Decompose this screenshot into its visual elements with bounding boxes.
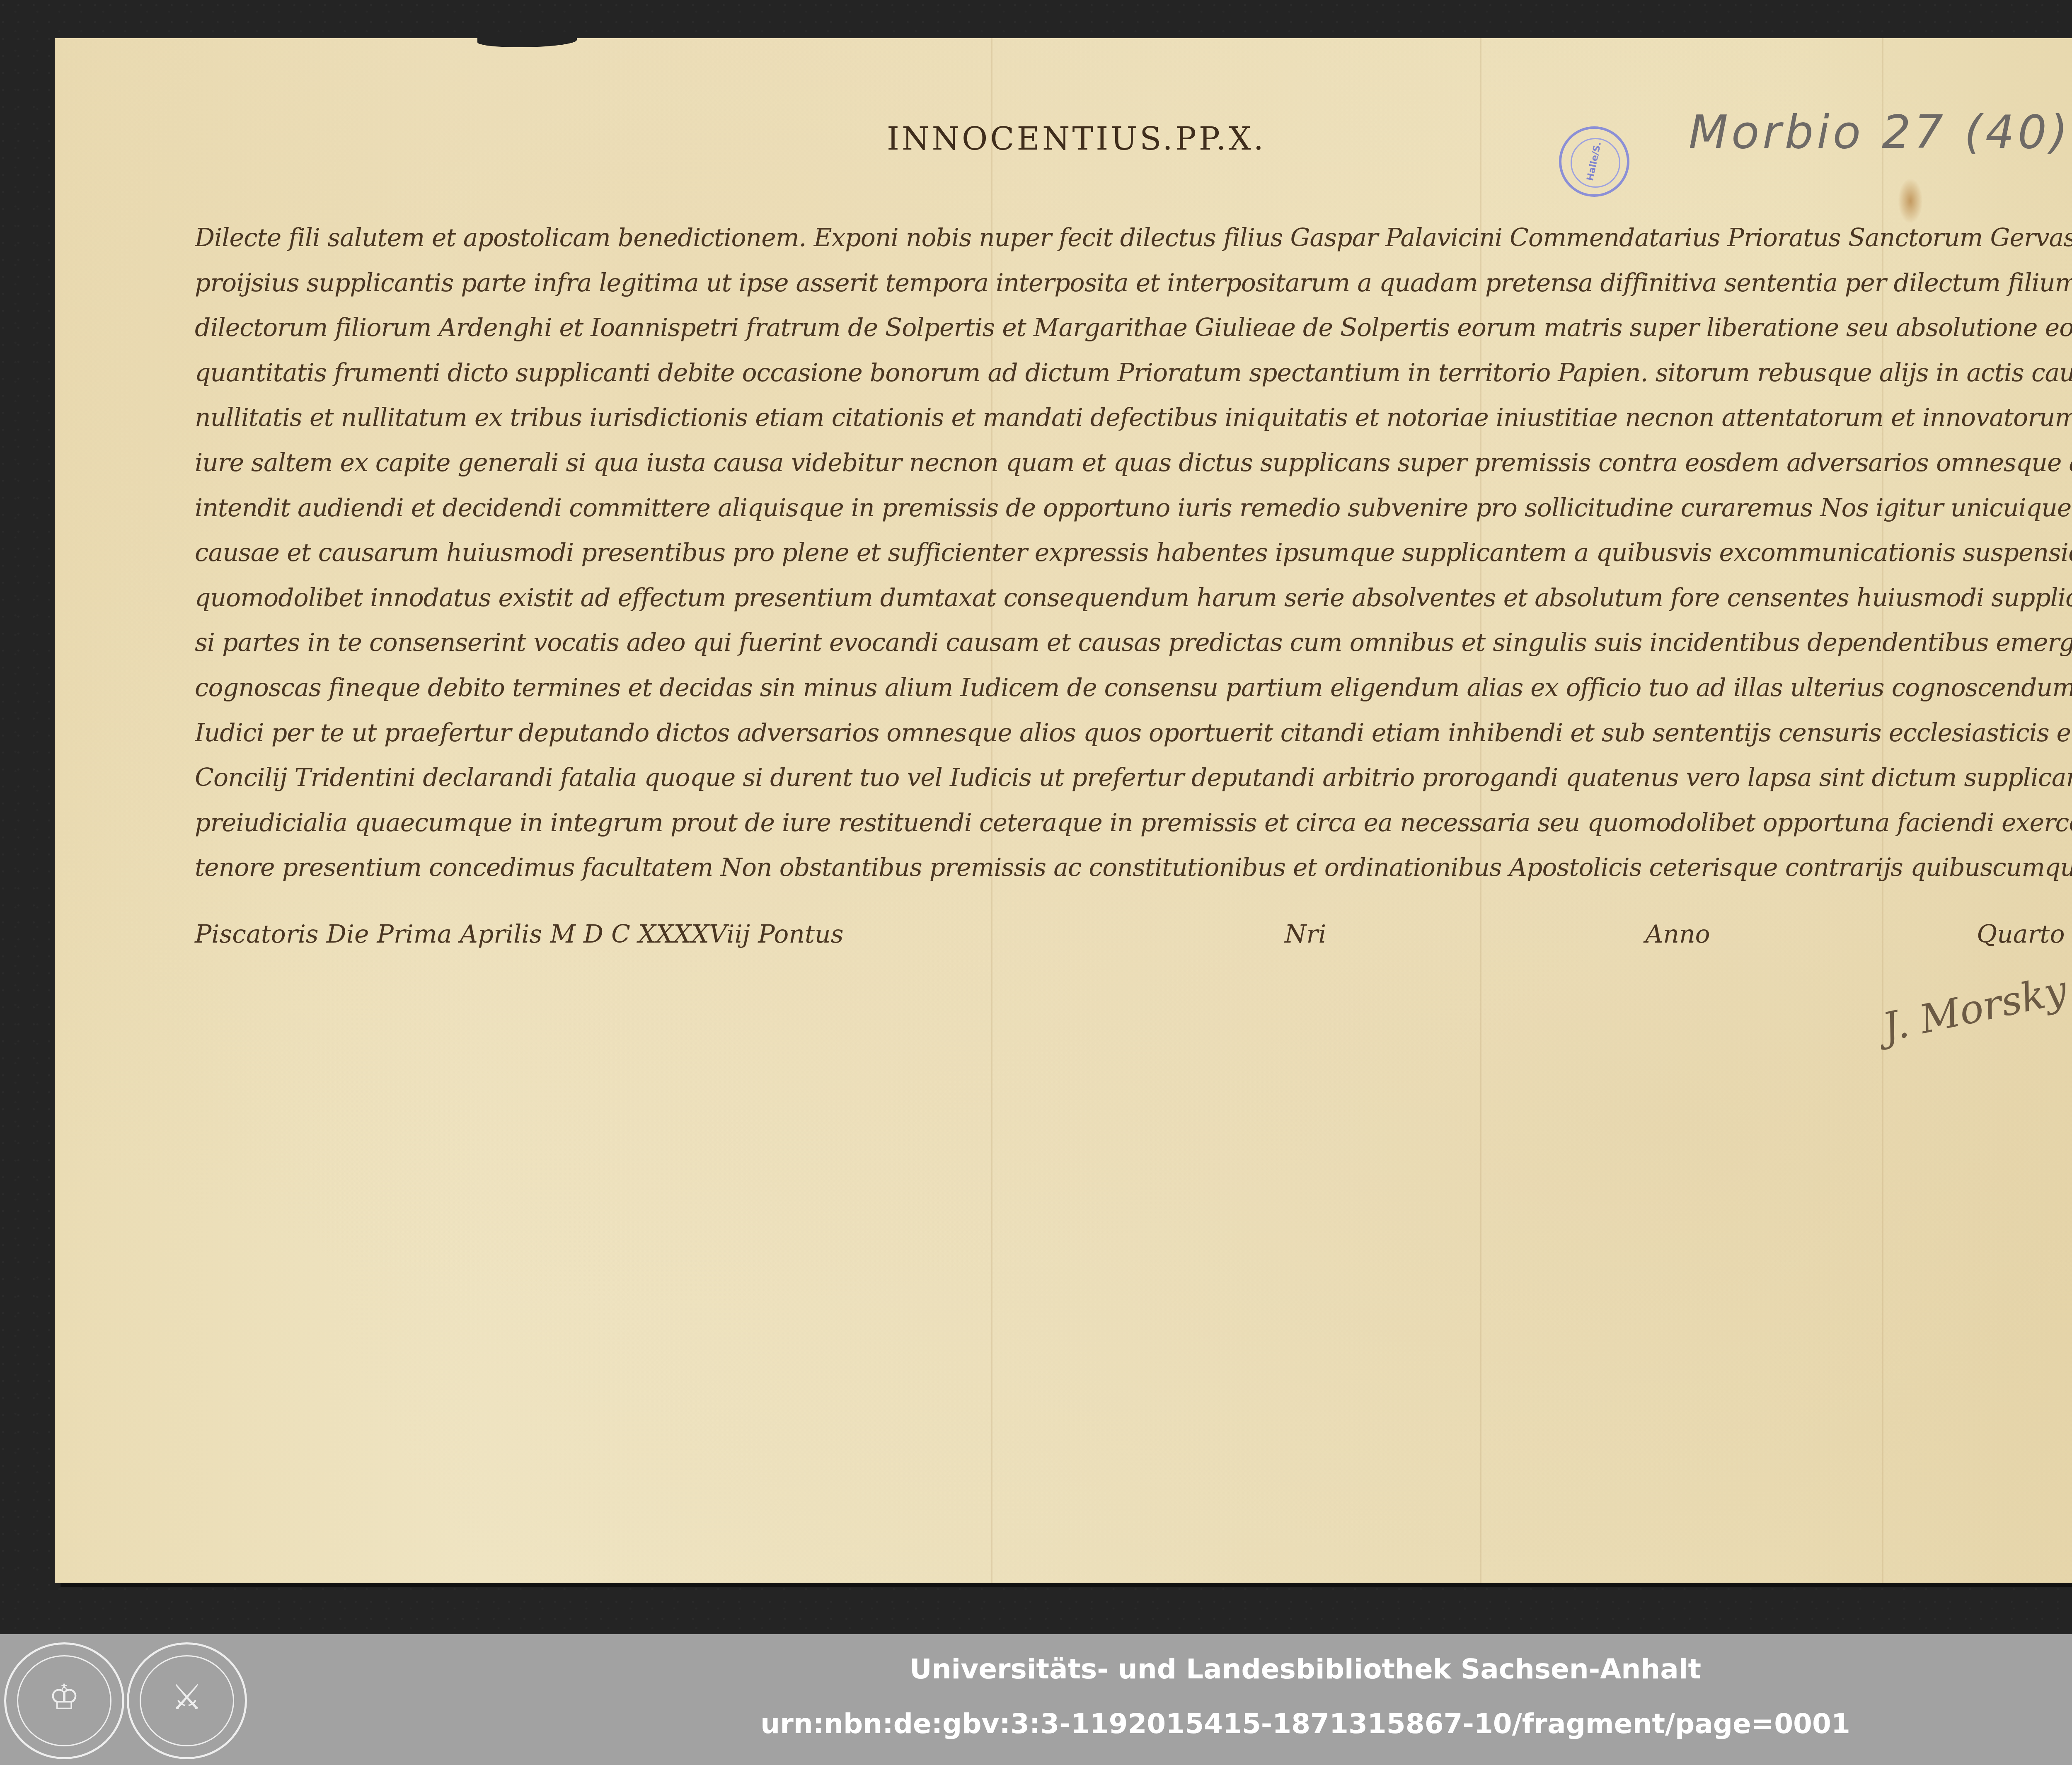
urn-identifier[interactable]: urn:nbn:de:gbv:3:3-1192015415-1871315867… — [0, 1708, 2072, 1740]
text-line: Dilecte fili salutem et apostolicam bene… — [195, 215, 2072, 261]
text-line: causae et causarum huiusmodi presentibus… — [195, 530, 2072, 575]
dating-clause: Piscatoris Die Prima Aprilis M D C XXXXV… — [195, 920, 2072, 965]
text-line: Iudici per te ut praefertur deputando di… — [195, 711, 2072, 756]
dating-anno: Anno — [1645, 920, 1710, 949]
text-line: quantitatis frumenti dicto supplicanti d… — [195, 351, 2072, 396]
footer-bar: ♔ ⚔ Universitäts- und Landesbibliothek S… — [0, 1634, 2072, 1765]
document-body: Dilecte fili salutem et apostolicam bene… — [195, 215, 2072, 890]
text-line: proijsius supplicantis parte infra legit… — [195, 261, 2072, 306]
dating-pontificate: Nri — [1285, 920, 1326, 949]
text-line: quomodolibet innodatus existit ad effect… — [195, 575, 2072, 621]
text-line: intendit audiendi et decidendi committer… — [195, 486, 2072, 531]
text-line: dilectorum filiorum Ardenghi et Ioannisp… — [195, 305, 2072, 351]
library-stamp-icon: Halle/S. — [1559, 126, 1629, 197]
shelfmark-annotation: Morbio 27 (40) — [1689, 106, 2071, 159]
text-line: Concilij Tridentini declarandi fatalia q… — [195, 755, 2072, 800]
document-heading: INNOCENTIUS.PP.X. — [887, 120, 1251, 157]
dating-year: Quarto .9. — [1977, 920, 2072, 949]
institution-name: Universitäts- und Landesbibliothek Sachs… — [0, 1653, 2072, 1685]
text-line: si partes in te consenserint vocatis ade… — [195, 620, 2072, 665]
text-line: preiudicialia quaecumque in integrum pro… — [195, 800, 2072, 846]
text-line: nullitatis et nullitatum ex tribus iuris… — [195, 395, 2072, 440]
text-line: iure saltem ex capite generali si qua iu… — [195, 440, 2072, 486]
dating-text: Piscatoris Die Prima Aprilis M D C XXXXV… — [195, 920, 844, 949]
text-line: tenore presentium concedimus facultatem … — [195, 845, 2072, 890]
text-line: cognoscas fineque debito termines et dec… — [195, 665, 2072, 711]
